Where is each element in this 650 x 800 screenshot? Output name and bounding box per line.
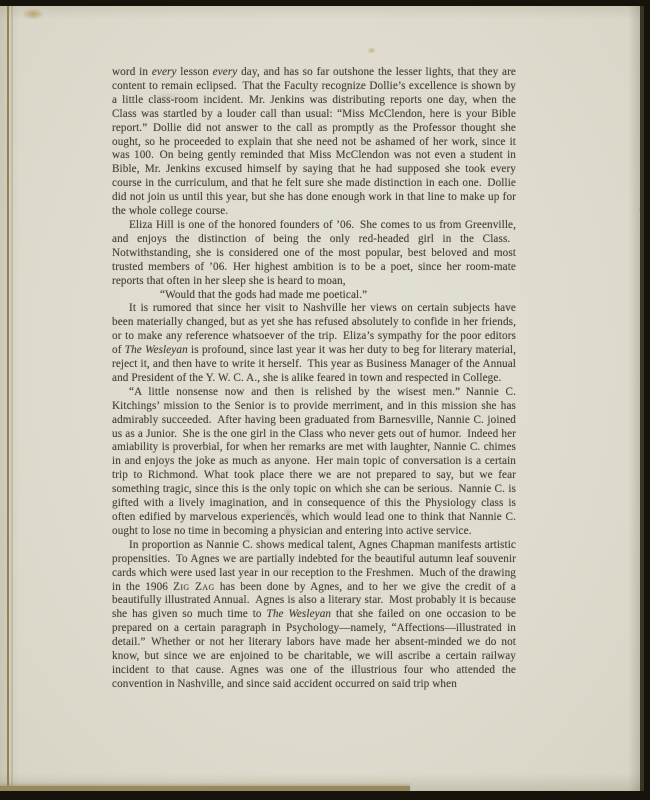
paragraph-eliza-hill: Eliza Hill is one of the honored founder… [112, 219, 516, 289]
paragraph-dollie-continuation: word in every lesson every day, and has … [112, 66, 516, 219]
foxing-stain [22, 8, 44, 20]
scan-border-right [644, 0, 650, 800]
paragraph-agnes-chapman: In proportion as Nannie C. shows medical… [112, 539, 516, 692]
scan-border-bottom [0, 791, 650, 800]
paragraph-eliza-rumor: It is rumored that since her visit to Na… [112, 302, 516, 385]
paragraph-nannie-kitchings: “A little nonsense now and then is relis… [112, 386, 516, 539]
book-page: word in every lesson every day, and has … [0, 6, 644, 791]
foxing-stain [367, 47, 376, 54]
quote-line: “Would that the gods had made me poetica… [112, 289, 516, 303]
book-scan: word in every lesson every day, and has … [0, 0, 650, 800]
text-block: word in every lesson every day, and has … [112, 66, 516, 692]
page-edge-left [7, 4, 9, 790]
scan-border-top [0, 0, 650, 6]
